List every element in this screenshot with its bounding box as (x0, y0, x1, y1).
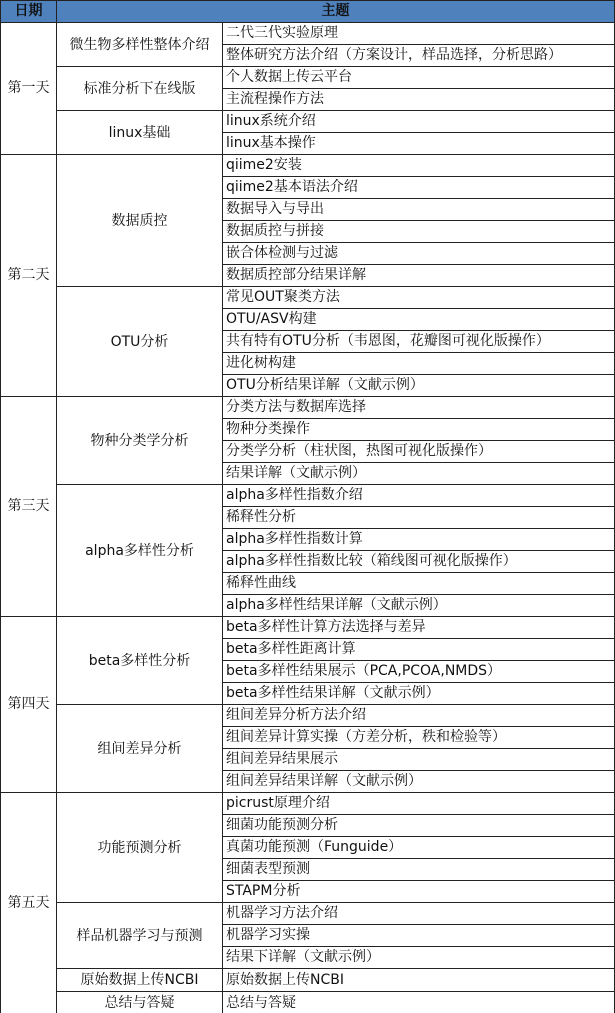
topic-item: beta多样性距离计算 (223, 639, 615, 661)
topic-item: 数据导入与导出 (223, 199, 615, 221)
table-row: 样品机器学习与预测机器学习方法介绍 (1, 903, 615, 925)
subject-name: 原始数据上传NCBI (57, 969, 223, 992)
subject-name: 功能预测分析 (57, 793, 223, 903)
day-label: 第三天 (1, 397, 57, 617)
topic-item: picrust原理介绍 (223, 793, 615, 815)
topic-item: 稀释性分析 (223, 507, 615, 529)
table-row: 原始数据上传NCBI原始数据上传NCBI (1, 969, 615, 992)
subject-name: 总结与答疑 (57, 992, 223, 1013)
topic-item: 二代三代实验原理 (223, 23, 615, 45)
subject-name: 微生物多样性整体介绍 (57, 23, 223, 67)
table-row: 组间差异分析组间差异分析方法介绍 (1, 705, 615, 727)
topic-item: qiime2安装 (223, 155, 615, 177)
table-row: 第一天微生物多样性整体介绍二代三代实验原理 (1, 23, 615, 45)
topic-item: qiime2基本语法介绍 (223, 177, 615, 199)
topic-item: 原始数据上传NCBI (223, 969, 615, 992)
topic-item: 组间差异结果详解（文献示例） (223, 771, 615, 793)
topic-item: 常见OUT聚类方法 (223, 287, 615, 309)
header-date: 日期 (1, 1, 57, 23)
topic-item: 结果下详解（文献示例） (223, 947, 615, 969)
topic-item: alpha多样性结果详解（文献示例） (223, 595, 615, 617)
topic-item: 结果详解（文献示例） (223, 463, 615, 485)
table-row: 第三天物种分类学分析分类方法与数据库选择 (1, 397, 615, 419)
table-row: 第二天数据质控qiime2安装 (1, 155, 615, 177)
topic-item: 总结与答疑 (223, 992, 615, 1013)
day-label: 第五天 (1, 793, 57, 1013)
schedule-body: 第一天微生物多样性整体介绍二代三代实验原理整体研究方法介绍（方案设计，样品选择，… (1, 23, 615, 1013)
subject-name: alpha多样性分析 (57, 485, 223, 617)
course-schedule-table: 日期 主题 第一天微生物多样性整体介绍二代三代实验原理整体研究方法介绍（方案设计… (0, 0, 615, 1013)
table-row: 标准分析下在线版个人数据上传云平台 (1, 67, 615, 89)
topic-item: 组间差异分析方法介绍 (223, 705, 615, 727)
day-label: 第一天 (1, 23, 57, 155)
topic-item: 整体研究方法介绍（方案设计，样品选择，分析思路） (223, 45, 615, 67)
topic-item: 进化树构建 (223, 353, 615, 375)
header-row: 日期 主题 (1, 1, 615, 23)
topic-item: beta多样性结果详解（文献示例） (223, 683, 615, 705)
table-row: 总结与答疑总结与答疑 (1, 992, 615, 1013)
subject-name: linux基础 (57, 111, 223, 155)
topic-item: 机器学习实操 (223, 925, 615, 947)
table-row: OTU分析常见OUT聚类方法 (1, 287, 615, 309)
topic-item: STAPM分析 (223, 881, 615, 903)
topic-item: 数据质控与拼接 (223, 221, 615, 243)
subject-name: 数据质控 (57, 155, 223, 287)
topic-item: 组间差异计算实操（方差分析，秩和检验等） (223, 727, 615, 749)
topic-item: alpha多样性指数计算 (223, 529, 615, 551)
topic-item: 组间差异结果展示 (223, 749, 615, 771)
topic-item: 细菌功能预测分析 (223, 815, 615, 837)
topic-item: 嵌合体检测与过滤 (223, 243, 615, 265)
topic-item: 细菌表型预测 (223, 859, 615, 881)
topic-item: beta多样性计算方法选择与差异 (223, 617, 615, 639)
day-label: 第二天 (1, 155, 57, 397)
topic-item: linux系统介绍 (223, 111, 615, 133)
subject-name: 物种分类学分析 (57, 397, 223, 485)
topic-item: 物种分类操作 (223, 419, 615, 441)
table-row: alpha多样性分析alpha多样性指数介绍 (1, 485, 615, 507)
topic-item: beta多样性结果展示（PCA,PCOA,NMDS） (223, 661, 615, 683)
topic-item: linux基本操作 (223, 133, 615, 155)
subject-name: 标准分析下在线版 (57, 67, 223, 111)
topic-item: alpha多样性指数介绍 (223, 485, 615, 507)
topic-item: 主流程操作方法 (223, 89, 615, 111)
topic-item: OTU分析结果详解（文献示例） (223, 375, 615, 397)
subject-name: 样品机器学习与预测 (57, 903, 223, 969)
topic-item: 数据质控部分结果详解 (223, 265, 615, 287)
subject-name: OTU分析 (57, 287, 223, 397)
subject-name: beta多样性分析 (57, 617, 223, 705)
topic-item: 共有特有OTU分析（韦恩图，花瓣图可视化版操作） (223, 331, 615, 353)
table-row: 第四天beta多样性分析beta多样性计算方法选择与差异 (1, 617, 615, 639)
day-label: 第四天 (1, 617, 57, 793)
topic-item: 机器学习方法介绍 (223, 903, 615, 925)
header-topic: 主题 (57, 1, 615, 23)
table-row: linux基础linux系统介绍 (1, 111, 615, 133)
topic-item: alpha多样性指数比较（箱线图可视化版操作） (223, 551, 615, 573)
subject-name: 组间差异分析 (57, 705, 223, 793)
table-row: 第五天功能预测分析picrust原理介绍 (1, 793, 615, 815)
topic-item: OTU/ASV构建 (223, 309, 615, 331)
topic-item: 分类方法与数据库选择 (223, 397, 615, 419)
topic-item: 分类学分析（柱状图，热图可视化版操作） (223, 441, 615, 463)
topic-item: 个人数据上传云平台 (223, 67, 615, 89)
topic-item: 真菌功能预测（Funguide） (223, 837, 615, 859)
topic-item: 稀释性曲线 (223, 573, 615, 595)
